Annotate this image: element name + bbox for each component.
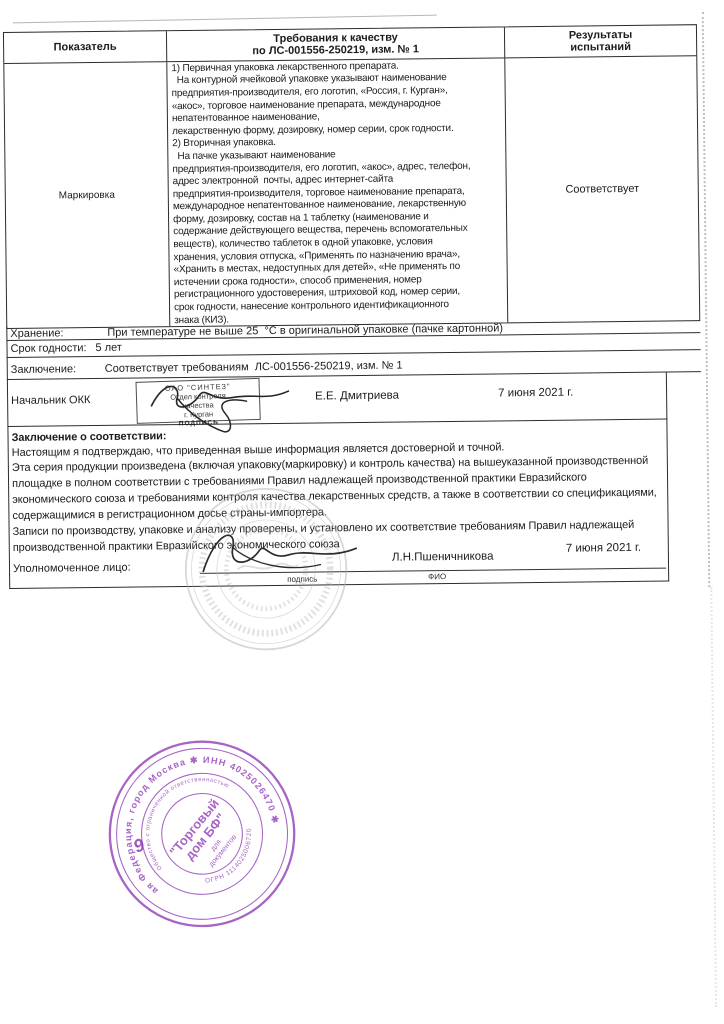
company-purple-stamp-icon: Российская Федерация, город Москва ✱ ИНН… <box>105 737 299 931</box>
shelf-life-label: Срок годности: <box>10 342 86 355</box>
header-requirements: Требования к качеству по ЛС-001556-25021… <box>167 27 505 61</box>
authorized-date: 7 июня 2021 г. <box>566 542 641 555</box>
authorized-name-label: ФИО <box>428 572 446 581</box>
document-body: Показатель Требования к качеству по ЛС-0… <box>0 0 724 1024</box>
scanned-document-page: Показатель Требования к качеству по ЛС-0… <box>0 0 724 1024</box>
authorized-signature-icon <box>192 518 383 584</box>
marking-requirements-cell: 1) Первичная упаковка лекарственного пре… <box>167 58 508 326</box>
okk-title: Начальник ОКК <box>11 394 90 407</box>
header-indicator: Показатель <box>4 31 167 63</box>
shelf-life-value: 5 лет <box>95 342 122 354</box>
marking-requirements-text: 1) Первичная упаковка лекарственного пре… <box>167 57 507 327</box>
authorized-person-label: Уполномоченное лицо: <box>13 562 131 575</box>
quality-table: Показатель Требования к качеству по ЛС-0… <box>3 24 700 329</box>
okk-date: 7 июня 2021 г. <box>498 387 573 400</box>
authorized-name: Л.Н.Пшеничникова <box>392 551 494 564</box>
marking-indicator: Маркировка <box>4 62 170 328</box>
scan-artifact-line <box>13 15 437 24</box>
marking-row: Маркировка 1) Первичная упаковка лекарст… <box>4 56 699 328</box>
okk-signature-row: Начальник ОКК ОАО "СИНТЕЗ" Отдел контрол… <box>7 373 667 427</box>
scan-artifact-right-band <box>702 12 715 587</box>
scan-artifact-right-band-lower <box>710 587 720 1007</box>
storage-label: Хранение: <box>10 327 63 340</box>
okk-name: Е.Е. Дмитриева <box>315 390 399 403</box>
marking-result: Соответствует <box>505 56 699 322</box>
conclusion-label: Заключение: <box>11 363 77 376</box>
header-results: Результаты испытаний <box>505 25 696 57</box>
